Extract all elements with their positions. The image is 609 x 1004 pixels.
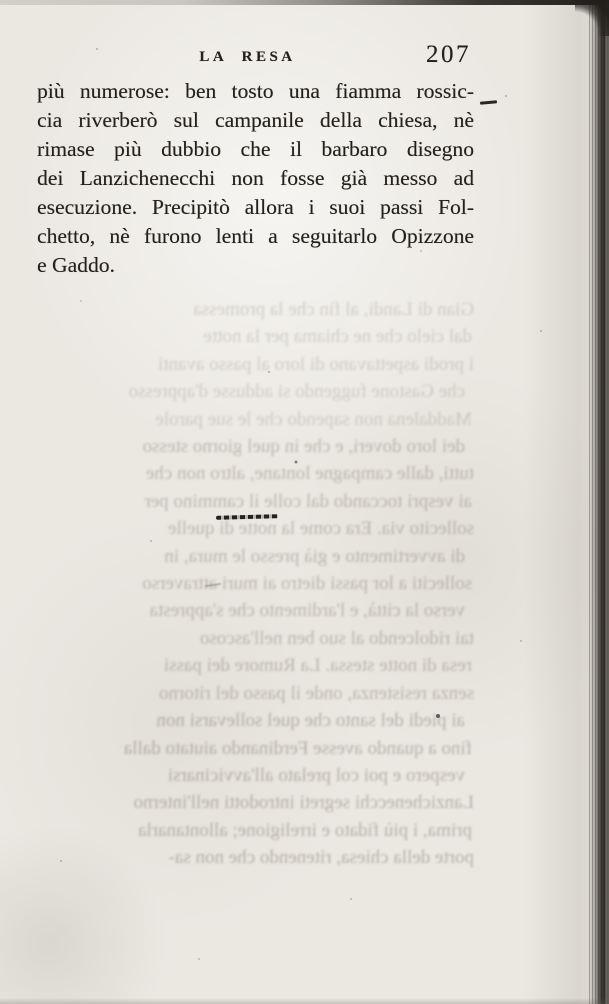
bleedthrough-line: ai vespri toccando dal colle il cammino … — [40, 488, 472, 515]
bleedthrough-line: dal cielo che ne chiama per la notte — [40, 323, 472, 350]
paragraph-line: più numerose: ben tosto una fiamma rossi… — [37, 77, 474, 106]
section-divider — [216, 514, 278, 520]
bleedthrough-line: dei loro doveri, e che in quel giorno st… — [28, 433, 465, 460]
scan-edge-top — [0, 0, 609, 5]
scan-corner-top-right — [575, 0, 609, 36]
paragraph-line: rimase più dubbio che il barbaro disegno — [37, 135, 474, 164]
bleedthrough-line: tai ridolcendo al suo ben nell'ascoso — [28, 625, 474, 652]
paragraph-line: cia riverberò sul campanile della chiesa… — [37, 106, 474, 135]
bleedthrough-line: resa di notte stessa. La Rumore dei pass… — [40, 652, 472, 679]
bleedthrough-line: porte della chiesa, ritenendo che non sa… — [28, 844, 474, 871]
bleedthrough-line: senza resistenza, onde il passo del rito… — [28, 680, 474, 707]
page-number: 207 — [426, 41, 471, 69]
scan-edge-right — [589, 0, 609, 1004]
bleedthrough-line: Maddalena non sapendo che le sue parole — [40, 406, 472, 433]
running-head: LA RESA — [29, 49, 466, 66]
paragraph-line: esecuzione. Precipitò allora i suoi pass… — [37, 193, 474, 222]
paragraph-line: e Gaddo. — [37, 251, 474, 280]
bleedthrough-line: di avvertimento e già presso le mura, in — [28, 543, 465, 570]
margin-ink-dash — [480, 100, 497, 104]
bleedthrough-line: sollecito via. Era come la notte di quel… — [28, 515, 474, 542]
bleedthrough-line: i prodi aspettavano di loro al passo ava… — [28, 351, 474, 378]
bleedthrough-line: che Gastone fuggendo si addusse d'appres… — [28, 378, 465, 405]
bleedthrough-line: prima, i più fidato e irreligione; allon… — [40, 817, 472, 844]
bleedthrough-line: fino a quando avesse Ferdinando aiutato … — [40, 735, 472, 762]
bleedthrough-line: Lanzichenecchi segreti introdotti nell'i… — [28, 789, 474, 816]
bleedthrough-line: vespero e poi col prelato all'avvicinars… — [28, 762, 465, 789]
bleedthrough-line: solleciti a lor passi dietro ai muri att… — [40, 570, 472, 597]
bleedthrough-line: tutti, dalle campagne lontane, altro non… — [28, 460, 474, 487]
bleedthrough-text: Gian di Landi, al fin che la promessa da… — [28, 296, 474, 872]
paragraph-line: chetto, nè furono lenti a seguitarlo Opi… — [37, 222, 474, 251]
paper-specks — [0, 0, 2, 2]
scanned-book-page: Gian di Landi, al fin che la promessa da… — [0, 0, 609, 1004]
bleedthrough-line: ai piedi del santo che quel sollevarsi n… — [28, 707, 465, 734]
paragraph-line: dei Lanzichenecchi non fosse già messo a… — [37, 164, 474, 193]
bleedthrough-line: Gian di Landi, al fin che la promessa — [28, 296, 474, 323]
body-paragraph: più numerose: ben tosto una fiamma rossi… — [37, 77, 474, 280]
bleedthrough-line: verso la città, e l'ardimento che s'appr… — [28, 597, 465, 624]
scan-edge-bottom — [0, 998, 609, 1004]
faint-ink-mark — [205, 583, 221, 587]
